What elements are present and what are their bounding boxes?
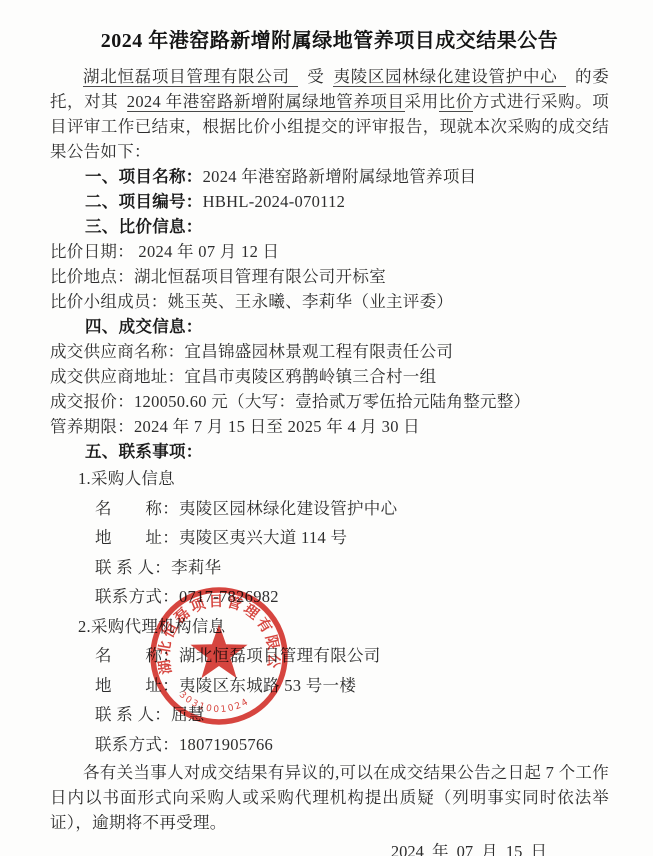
doc-line: 比价地点：湖北恒磊项目管理有限公司开标室 (50, 264, 609, 289)
doc-line: 比价小组成员：姚玉英、王永曦、李莉华（业主评委） (50, 289, 609, 314)
intro-segment: 湖北恒磊项目管理有限公司 (83, 67, 298, 87)
line-value: 0717-7826982 (179, 587, 279, 606)
line-label: 地 址： (95, 528, 179, 547)
line-label: 比价地点： (50, 267, 134, 286)
line-label: 2.采购代理机构信息 (78, 617, 225, 636)
line-value: 姚玉英、王永曦、李莉华（业主评委） (168, 292, 454, 311)
doc-line: 五、联系事项： (50, 439, 609, 464)
doc-line: 名 称：夷陵区园林绿化建设管护中心 (50, 494, 609, 524)
doc-line: 地 址：夷陵区东城路 53 号一楼 (50, 671, 609, 701)
line-value: 夷陵区夷兴大道 114 号 (179, 528, 347, 547)
line-value: 宜昌锦盛园林景观工程有限责任公司 (184, 342, 453, 361)
line-value: 夷陵区东城路 53 号一楼 (179, 676, 356, 695)
intro-segment: 受 (298, 67, 333, 86)
doc-line: 1.采购人信息 (50, 464, 609, 494)
line-value: 屈慧 (171, 705, 205, 724)
line-label: 管养期限： (50, 417, 134, 436)
doc-line: 一、项目名称：2024 年港窑路新增附属绿地管养项目 (50, 164, 609, 189)
line-label: 名 称： (95, 646, 179, 665)
line-label: 四、成交信息： (85, 317, 203, 336)
line-label: 二、项目编号： (85, 192, 203, 211)
document-content: 2024 年港窑路新增附属绿地管养项目成交结果公告 湖北恒磊项目管理有限公司 受… (0, 0, 653, 856)
line-label: 1.采购人信息 (78, 469, 175, 488)
doc-date: 2024 年 07 月 15 日 (50, 839, 609, 856)
line-label: 联 系 人： (95, 558, 171, 577)
line-label: 比价日期： (50, 242, 134, 261)
line-label: 联 系 人： (95, 705, 171, 724)
line-label: 成交供应商名称： (50, 342, 184, 361)
intro-segment: 比价 (439, 92, 473, 112)
line-value: 夷陵区园林绿化建设管护中心 (179, 499, 397, 518)
doc-line: 三、比价信息： (50, 214, 609, 239)
line-value: 18071905766 (179, 735, 273, 754)
page-title: 2024 年港窑路新增附属绿地管养项目成交结果公告 (50, 26, 609, 56)
intro-segment: 采用 (405, 92, 439, 111)
intro-segment: 夷陵区园林绿化建设管护中心 (333, 67, 566, 87)
doc-line: 成交供应商名称：宜昌锦盛园林景观工程有限责任公司 (50, 339, 609, 364)
line-label: 名 称： (95, 499, 179, 518)
line-label: 联系方式： (95, 587, 179, 606)
line-label: 联系方式： (95, 735, 179, 754)
line-value: 湖北恒磊项目管理有限公司 (179, 646, 381, 665)
doc-line: 联系方式：0717-7826982 (50, 582, 609, 612)
line-value: 宜昌市夷陵区鸦鹊岭镇三合村一组 (184, 367, 436, 386)
doc-line: 成交供应商地址：宜昌市夷陵区鸦鹊岭镇三合村一组 (50, 364, 609, 389)
line-value: 湖北恒磊项目管理有限公司开标室 (134, 267, 386, 286)
doc-line: 2.采购代理机构信息 (50, 612, 609, 642)
line-label: 成交供应商地址： (50, 367, 184, 386)
line-label: 五、联系事项： (85, 442, 203, 461)
announcement-document: 2024 年港窑路新增附属绿地管养项目成交结果公告 湖北恒磊项目管理有限公司 受… (0, 0, 653, 856)
doc-line: 比价日期： 2024 年 07 月 12 日 (50, 239, 609, 264)
doc-line: 管养期限：2024 年 7 月 15 日至 2025 年 4 月 30 日 (50, 414, 609, 439)
doc-line: 成交报价：120050.60 元（大写：壹拾贰万零伍拾元陆角整元整） (50, 389, 609, 414)
line-label: 地 址： (95, 676, 179, 695)
intro-paragraph: 湖北恒磊项目管理有限公司 受 夷陵区园林绿化建设管护中心 的委托，对其 2024… (50, 64, 609, 164)
doc-line: 四、成交信息： (50, 314, 609, 339)
doc-line: 地 址：夷陵区夷兴大道 114 号 (50, 523, 609, 553)
line-label: 一、项目名称： (85, 167, 203, 186)
line-value: 2024 年 07 月 12 日 (134, 242, 279, 261)
doc-line: 名 称：湖北恒磊项目管理有限公司 (50, 641, 609, 671)
closing-paragraph: 各有关当事人对成交结果有异议的,可以在成交结果公告之日起 7 个工作日内以书面形… (50, 760, 609, 835)
doc-line: 联系方式：18071905766 (50, 730, 609, 760)
line-value: 2024 年 7 月 15 日至 2025 年 4 月 30 日 (134, 417, 420, 436)
doc-lines: 一、项目名称：2024 年港窑路新增附属绿地管养项目二、项目编号：HBHL-20… (50, 164, 609, 759)
intro-segment: 2024 年港窑路新增附属绿地管养项目 (127, 92, 405, 112)
doc-line: 联 系 人：李莉华 (50, 553, 609, 583)
line-label: 三、比价信息： (85, 217, 203, 236)
line-value: 李莉华 (171, 558, 221, 577)
line-value: 120050.60 元（大写：壹拾贰万零伍拾元陆角整元整） (134, 392, 530, 411)
doc-line: 二、项目编号：HBHL-2024-070112 (50, 189, 609, 214)
line-value: HBHL-2024-070112 (203, 192, 346, 211)
line-label: 比价小组成员： (50, 292, 168, 311)
line-label: 成交报价： (50, 392, 134, 411)
doc-line: 联 系 人：屈慧 (50, 700, 609, 730)
line-value: 2024 年港窑路新增附属绿地管养项目 (203, 167, 477, 186)
